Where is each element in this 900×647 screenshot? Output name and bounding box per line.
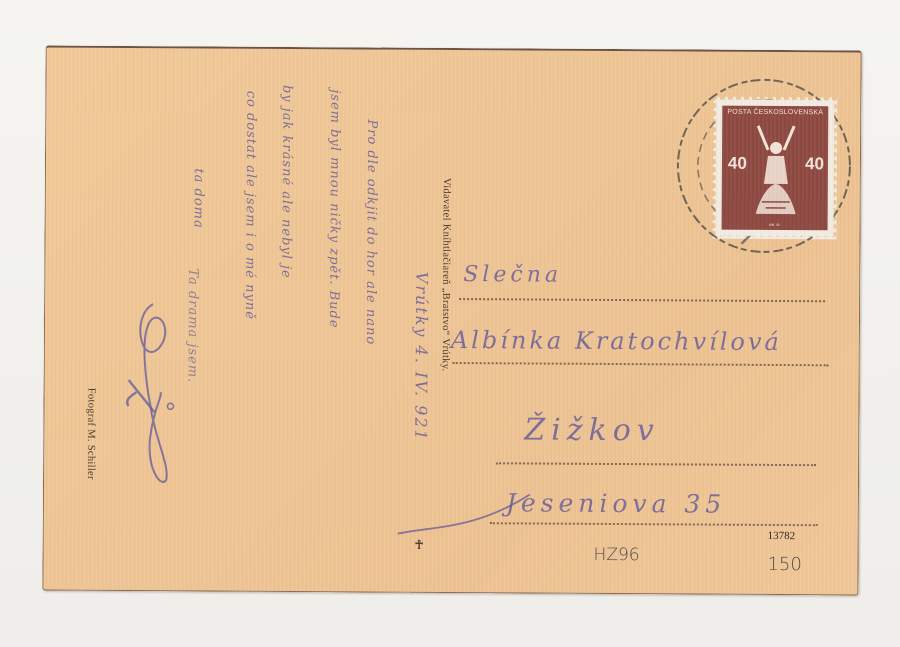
liberated-republic-figure-icon — [752, 122, 801, 218]
serial-number: 13782 — [768, 530, 796, 542]
stamp-value-right: 40 — [805, 154, 824, 174]
message-line-2: jsem byl mnou ničky zpět. Bude — [326, 89, 342, 328]
stamp-country-text: POSTA ČESKOSLOVENSKÁ — [722, 109, 828, 117]
svg-text:Jž: Jž — [110, 296, 112, 297]
message-line-4: co dostat ale jsem i o mé nyně — [242, 91, 258, 320]
address-rule-2 — [453, 362, 829, 366]
message-line-3: by jak krásné ale nebyl je — [278, 85, 294, 279]
stamp-value-left: 40 — [728, 154, 747, 174]
address-line-3: Žižkov — [524, 412, 660, 448]
message-line-5: ta doma — [191, 168, 206, 228]
address-line-4: Jeseniova 35 — [506, 488, 727, 518]
message-line-1: Pro dle odkjit do hor ale nano — [363, 119, 379, 345]
stamp-printer-text: vrb. čr. — [722, 222, 828, 228]
date-line: Vrútky 4. IV. 921 — [411, 272, 431, 442]
postcard: Fotograf M. Schiller Vidavatel Kníhtlači… — [42, 46, 861, 596]
address-underline-flourish — [394, 490, 534, 541]
catalog-code-note: HZ96 — [594, 545, 640, 565]
address-rule-3 — [496, 462, 816, 466]
printer-mark: ☥ — [415, 538, 424, 553]
postage-stamp: POSTA ČESKOSLOVENSKÁ 40 40 vrb. čr. — [716, 100, 835, 237]
price-note: 150 — [767, 554, 801, 575]
address-rule-1 — [459, 298, 825, 302]
photographer-credit: Fotograf M. Schiller — [85, 388, 97, 480]
address-rule-4 — [490, 522, 818, 526]
address-line-2: Albínka Kratochvílová — [451, 326, 782, 356]
address-line-1: Slečna — [463, 262, 562, 288]
signature: Jž — [110, 296, 191, 486]
